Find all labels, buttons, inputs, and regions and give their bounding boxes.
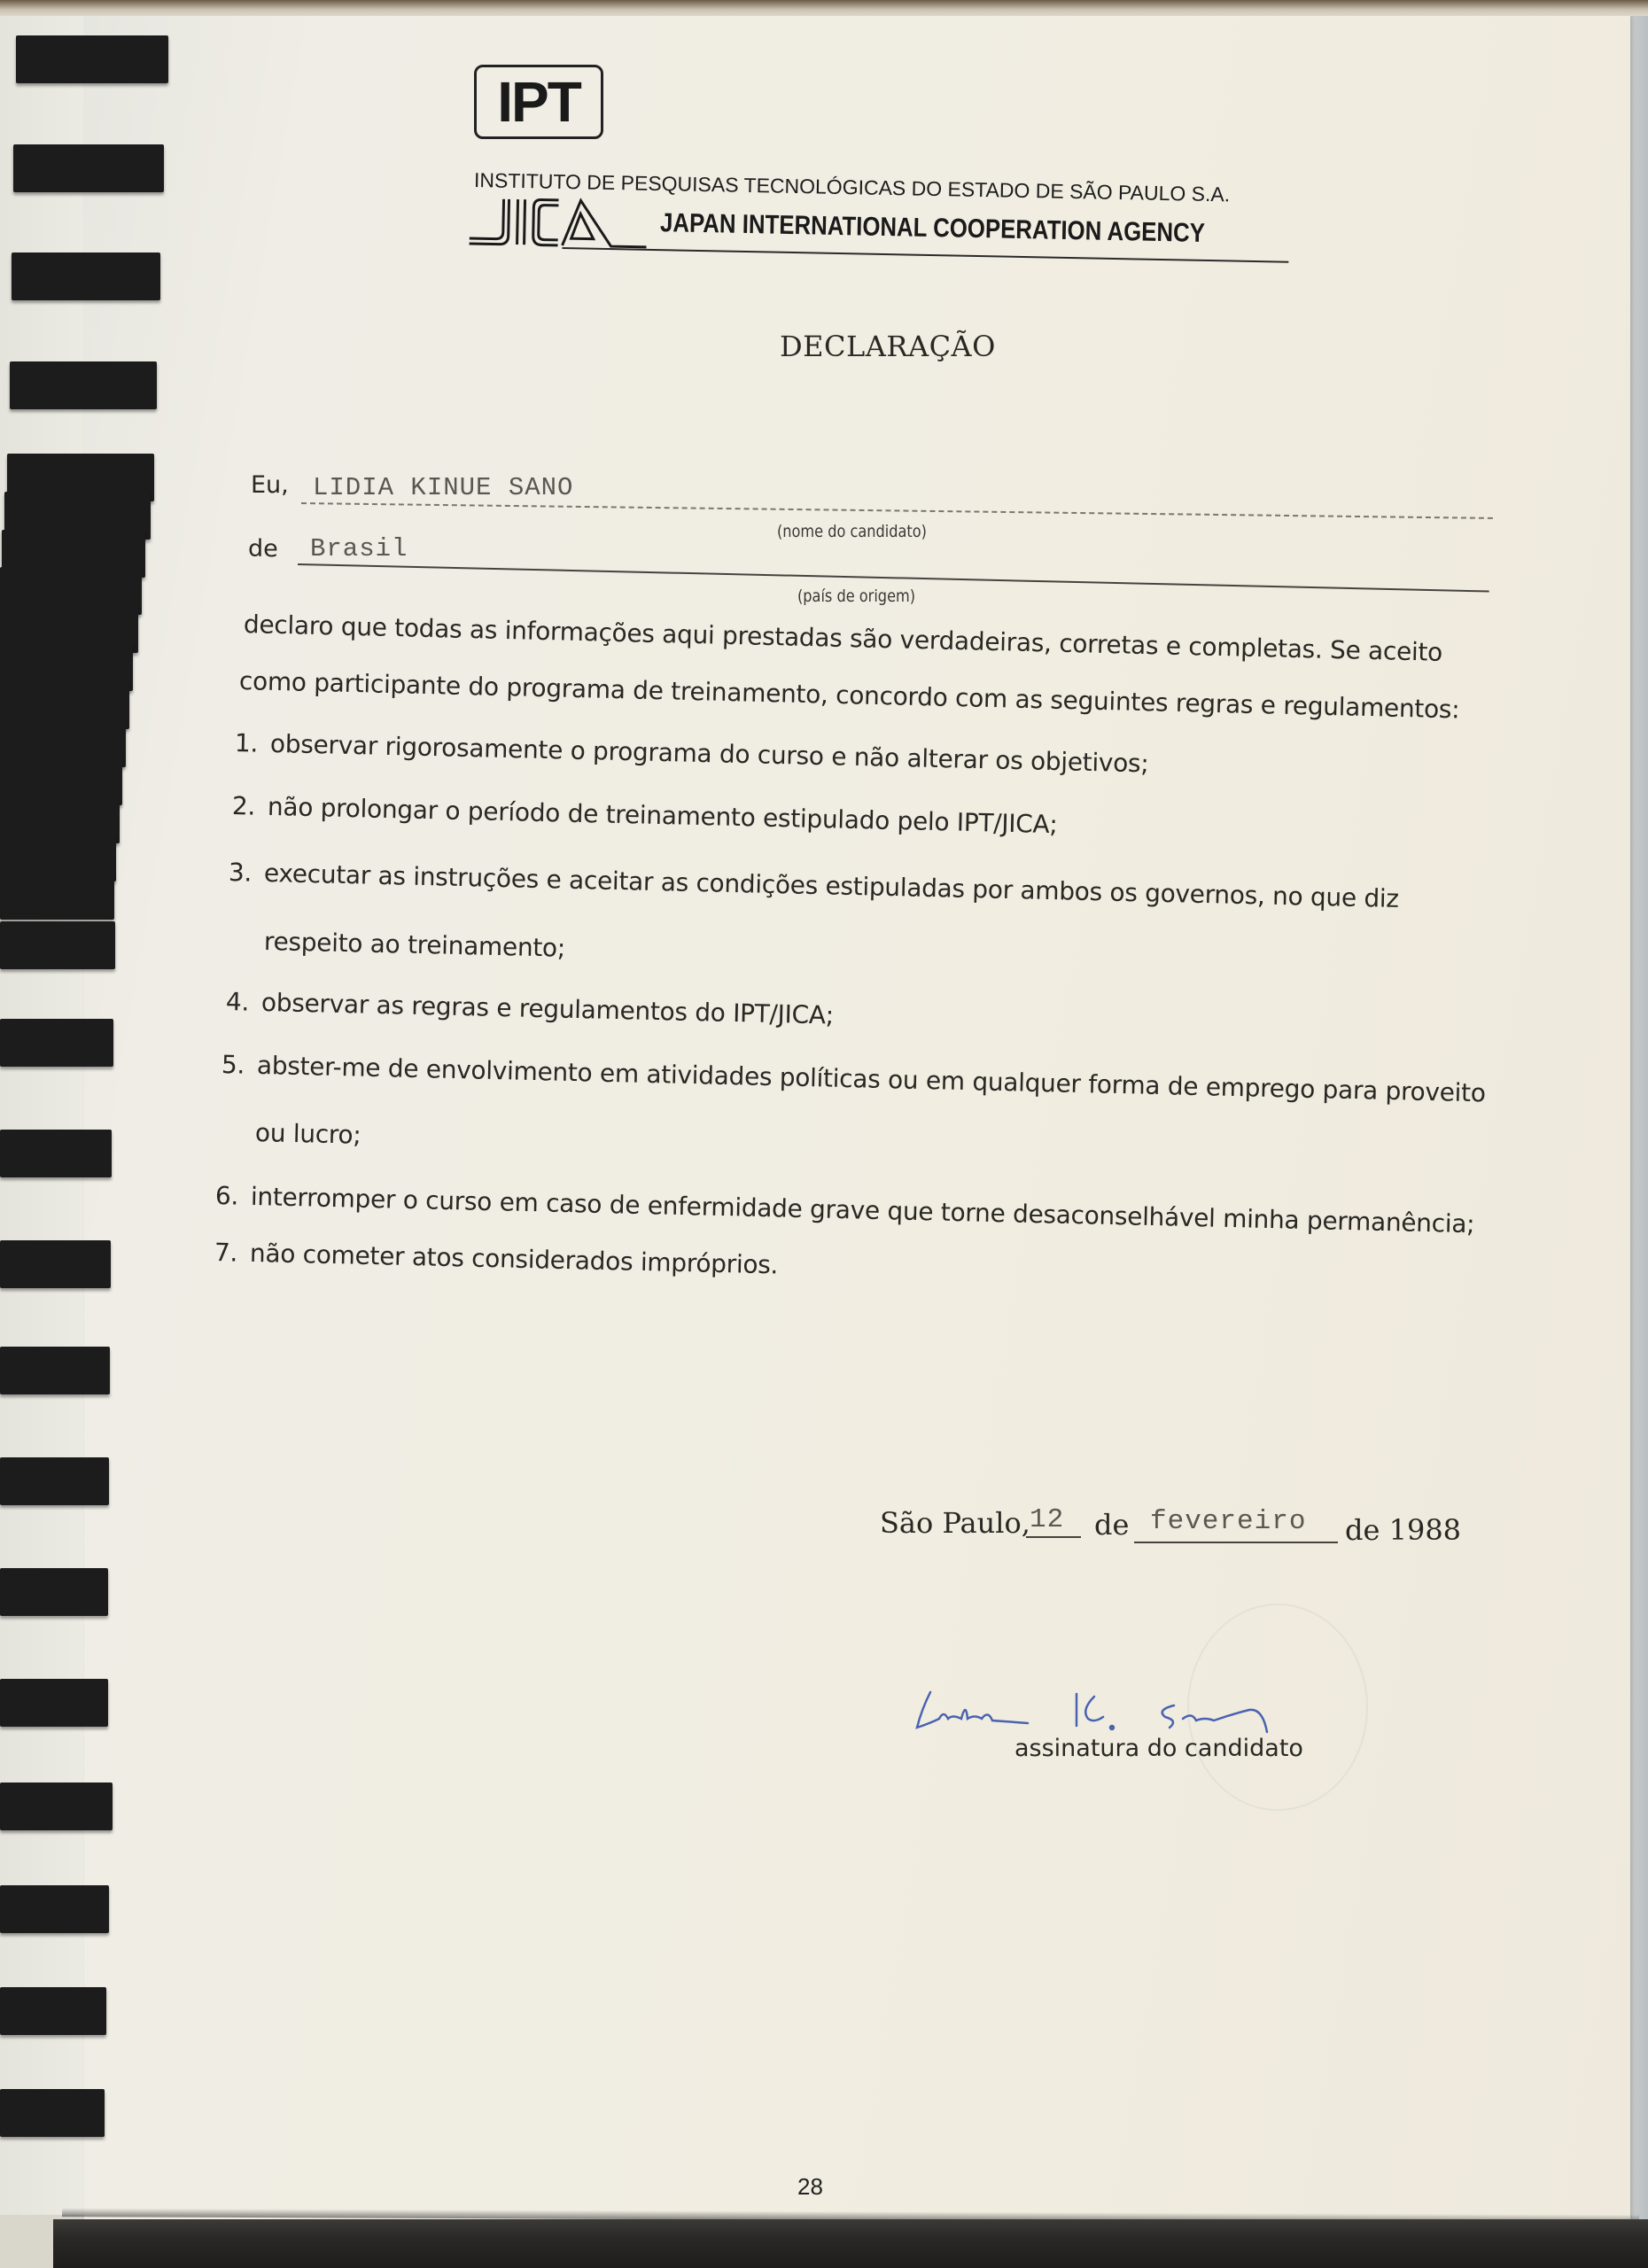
name-underline (301, 502, 1493, 519)
rule-item: 7.não cometer atos considerados imprópri… (214, 1238, 779, 1279)
rule-item: 2.não prolongar o período de treinamento… (232, 791, 1058, 839)
rule-item-continuation: respeito ao treinamento; (264, 927, 566, 963)
signature-label: assinatura do candidato (1014, 1735, 1303, 1762)
rule-item: 6.interromper o curso em caso de enfermi… (215, 1181, 1475, 1239)
date-day-field[interactable]: 12 (1030, 1504, 1064, 1535)
day-underline (1026, 1536, 1081, 1538)
page-title: DECLARAÇÃO (780, 330, 996, 363)
rule-item: 5.abster-me de envolvimento em atividade… (222, 1050, 1486, 1107)
intro-line: declaro que todas as informações aqui pr… (244, 610, 1443, 667)
rule-item: 3.executar as instruções e aceitar as co… (229, 858, 1400, 913)
page-number: 28 (797, 2173, 823, 2201)
rule-item: 1.observar rigorosamente o programa do c… (235, 728, 1149, 778)
candidate-name-field[interactable]: LIDIA KINUE SANO (313, 473, 573, 502)
country-field[interactable]: Brasil (310, 534, 408, 563)
name-prefix: Eu, (251, 471, 289, 499)
month-underline (1134, 1542, 1338, 1543)
rule-item-continuation: ou lucro; (255, 1118, 361, 1150)
date-de: de (1094, 1508, 1129, 1542)
country-prefix: de (248, 535, 278, 563)
intro-line: como participante do programa de treinam… (239, 666, 1460, 724)
date-year: de 1988 (1345, 1513, 1461, 1547)
date-month-field[interactable]: fevereiro (1150, 1506, 1306, 1537)
ipt-logo: IPT (474, 65, 603, 139)
rule-item: 4.observar as regras e regulamentos do I… (226, 987, 835, 1030)
agency-name: JAPAN INTERNATIONAL COOPERATION AGENCY (660, 208, 1205, 249)
date-city: São Paulo, (880, 1506, 1030, 1540)
jica-logo-icon (469, 194, 647, 251)
document-content: IPT INSTITUTO DE PESQUISAS TECNOLÓGICAS … (0, 0, 1648, 2268)
country-caption: (país de origem) (797, 586, 915, 606)
name-caption: (nome do candidato) (777, 522, 927, 541)
header-rule (562, 247, 1288, 263)
